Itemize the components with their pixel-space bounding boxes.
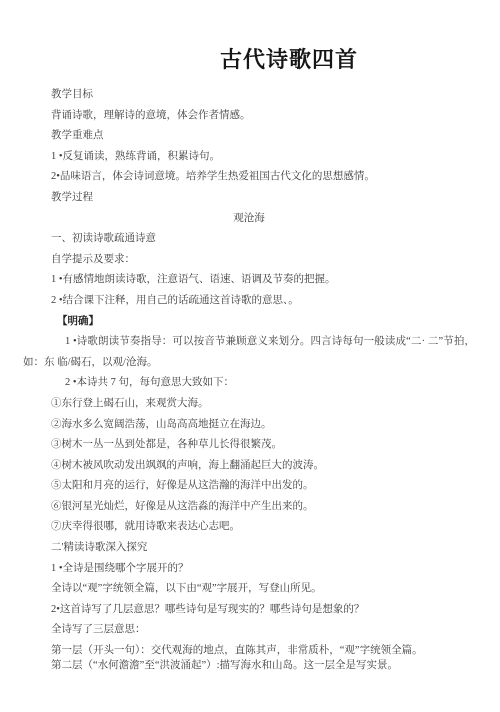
objectives-heading: 教学目标 bbox=[23, 85, 475, 106]
clarify-label: 【明确】 bbox=[23, 312, 475, 333]
sentence-meaning-item: ⑤太阳和月亮的运行，好像是从这浩瀚的海洋中出发的。 bbox=[23, 476, 475, 497]
document-page: 古代诗歌四首 教学目标 背诵诗歌，理解诗的意境，体会作者情感。 教学重难点 1 … bbox=[0, 0, 500, 712]
self-study-item: 2 •结合课下注释，用自己的话疏通这首诗歌的意思、。 bbox=[23, 291, 475, 312]
self-study-item: 1 •有感情地朗读诗歌，注意语气、语速、语调及节奏的把握。 bbox=[23, 270, 475, 291]
question-1: 1 •全诗是围绕哪个字展开的？ bbox=[23, 559, 475, 580]
answer-2-layer: 第二层（“水何澹澹”至“洪波涌起”）:描写海水和山岛。这一层全是写实景。 bbox=[23, 659, 475, 674]
question-2: 2•这首诗写了几层意思？哪些诗句是写现实的？哪些诗句是想象的？ bbox=[23, 600, 475, 621]
process-heading: 教学过程 bbox=[23, 188, 475, 209]
sentence-meaning-item: ⑦庆幸得很哪，就用诗歌来表达心志吧。 bbox=[23, 517, 475, 538]
document-body: 教学目标 背诵诗歌，理解诗的意境，体会作者情感。 教学重难点 1 •反复诵读，熟… bbox=[0, 85, 500, 673]
sentence-meaning-item: ②海水多么宽阔浩荡，山岛高高地挺立在海边。 bbox=[23, 415, 475, 436]
sentence-meaning-item: ①东行登上碣石山，来观赏大海。 bbox=[23, 394, 475, 415]
section1-heading: 一、初读诗歌疏通诗意 bbox=[23, 229, 475, 250]
sentence-meaning-item: ④树木被风吹动发出飒飒的声响，海上翻涌起巨大的波涛。 bbox=[23, 456, 475, 477]
answer-2-intro: 全诗写了三层意思： bbox=[23, 620, 475, 641]
answer-2-layers: 第一层（开头一句）：交代观海的地点，直陈其声，非常质朴，“观”字统领全篇。 第二… bbox=[23, 644, 475, 673]
poem-title: 观沧海 bbox=[23, 209, 475, 230]
clarify-item-rhythm: 1 •诗歌朗读节奏指导：可以按音节兼顾意义来划分。四言诗每句一般读成“二· 二”… bbox=[23, 332, 475, 373]
document-title: 古代诗歌四首 bbox=[39, 44, 500, 76]
self-study-label: 自学提示及要求： bbox=[23, 250, 475, 271]
answer-1: 全诗以“观”字统领全篇，以下由“观”字展开，写登山所见。 bbox=[23, 579, 475, 600]
answer-2-layer: 第一层（开头一句）：交代观海的地点，直陈其声，非常质朴，“观”字统领全篇。 bbox=[23, 644, 475, 659]
objectives-text: 背诵诗歌，理解诗的意境，体会作者情感。 bbox=[23, 106, 475, 127]
sentence-meaning-item: ⑥银河星光灿烂，好像是从这浩淼的海洋中产生出来的。 bbox=[23, 497, 475, 518]
key-points-heading: 教学重难点 bbox=[23, 126, 475, 147]
key-point-item: 1 •反复诵读，熟练背诵，积累诗句。 bbox=[23, 147, 475, 168]
clarify-item-sentences: 2 •本诗共 7 句，每句意思大致如下： bbox=[23, 373, 475, 394]
key-point-item: 2•品味语言，体会诗词意境。培养学生热爱祖国古代文化的思想感情。 bbox=[23, 167, 475, 188]
sentence-meaning-item: ③树木一丛一丛到处都是，各种草儿长得很繁茂。 bbox=[23, 435, 475, 456]
section2-heading: 二'精读诗歌深入探究 bbox=[23, 538, 475, 559]
